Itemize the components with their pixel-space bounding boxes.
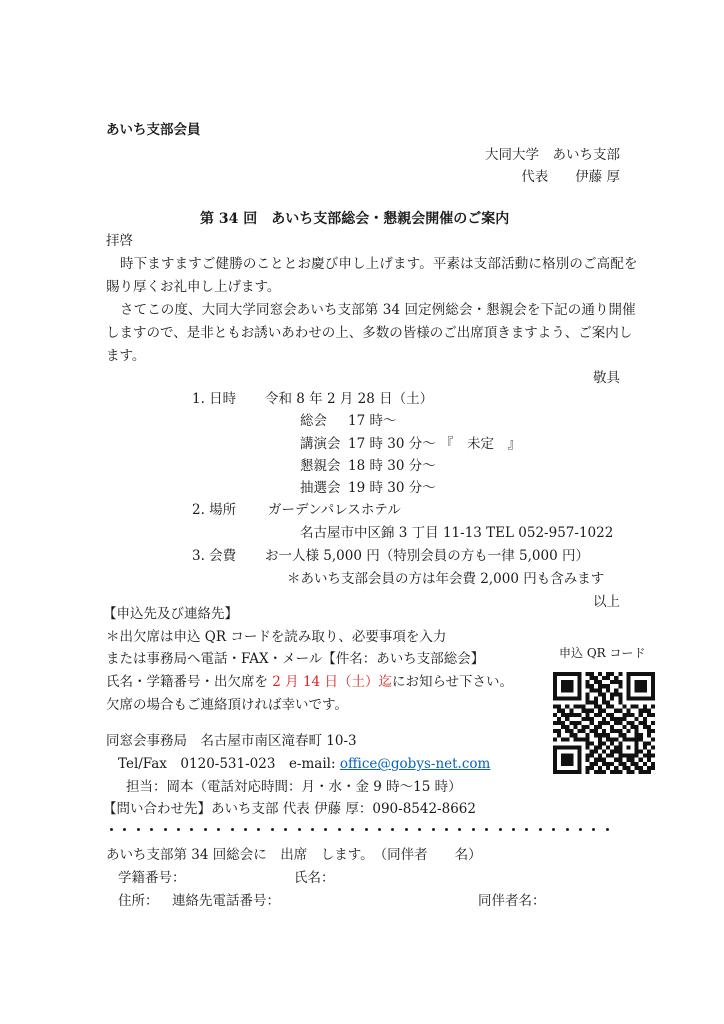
dot: [190, 828, 193, 831]
dot: [338, 828, 341, 831]
dot: [579, 828, 582, 831]
dot: [499, 828, 502, 831]
address-label: 住所：: [118, 895, 159, 909]
fee-label: 3. 会費: [192, 550, 236, 564]
venue-label: 2. 場所: [192, 504, 236, 518]
student-id-label: 学籍番号：: [118, 872, 186, 886]
attend-line: あいち支部第 34 回総会に 出席 します。 （同伴者 名）: [106, 849, 482, 863]
dot: [445, 828, 448, 831]
dot: [231, 828, 234, 831]
dot: [284, 828, 287, 831]
office-address: 同窓会事務局 名古屋市南区滝春町 10-3: [106, 735, 357, 749]
opening-greeting: 拝啓: [106, 235, 133, 249]
fee-note: ＊あいち支部会員の方は年会費 2,000 円も含みます: [287, 573, 604, 587]
contact-line-3: 氏名・学籍番号・出欠席を 2 月 14 日（土）迄にお知らせ下さい。: [106, 676, 513, 690]
dot: [324, 828, 327, 831]
body-paragraph-1-line-1: 時下ますますご健勝のこととお慶び申し上げます。平素は支部活動に格別のご高配を: [120, 258, 638, 272]
dot: [150, 828, 153, 831]
contact-line-1: ＊出欠席は申込 QR コードを読み取り、必要事項を入力: [106, 631, 446, 645]
dot: [204, 828, 207, 831]
companion-name-label: 同伴者名：: [478, 895, 546, 909]
dot: [123, 828, 126, 831]
dotted-cut-line: [106, 828, 616, 834]
dot: [164, 828, 167, 831]
fee-amount: お一人様 5,000 円（特別会員の方も一律 5,000 円）: [265, 550, 589, 564]
telfax-text: Tel/Fax 0120-531-023 e-mail:: [118, 756, 340, 772]
dot: [110, 828, 113, 831]
office-staff: 担当：岡本（電話対応時間：月・水・金 9 時～15 時）: [126, 781, 462, 795]
body-paragraph-2-line-1: さてこの度、大同大学同窓会あいち支部第 34 回定例総会・懇親会を下記の通り開催: [120, 304, 636, 318]
recipient: あいち支部会員: [106, 124, 201, 138]
body-paragraph-2-line-3: ます。: [106, 350, 145, 364]
contact-line-4: 欠席の場合もご連絡頂ければ幸いです。: [106, 699, 348, 713]
dot: [552, 828, 555, 831]
dot: [405, 828, 408, 831]
office-telfax: Tel/Fax 0120-531-023 e-mail: office@goby…: [118, 758, 490, 772]
dot: [177, 828, 180, 831]
dot: [432, 828, 435, 831]
deadline-date: 2 月 14 日（土）迄: [272, 674, 392, 690]
dot: [137, 828, 140, 831]
dot: [298, 828, 301, 831]
dot: [525, 828, 528, 831]
dot: [418, 828, 421, 831]
dot: [217, 828, 220, 831]
dot: [606, 828, 609, 831]
dot: [257, 828, 260, 831]
qr-label: 申込 QR コード: [559, 647, 646, 659]
dot: [271, 828, 274, 831]
contact-line-3-suffix: にお知らせ下さい。: [392, 674, 513, 690]
dot: [391, 828, 394, 831]
registration-qr-code[interactable]: [553, 672, 655, 774]
dot: [365, 828, 368, 831]
event-date: 令和 8 年 2 月 28 日（土）: [265, 393, 433, 407]
dot: [566, 828, 569, 831]
body-paragraph-2-line-2: しますので、是非ともお誘いあわせの上、多数の皆様のご出席頂きますよう、ご案内し: [106, 327, 632, 341]
body-paragraph-1-line-2: 賜り厚くお礼申し上げます。: [106, 281, 280, 295]
dot: [458, 828, 461, 831]
closing-greeting: 敬具: [593, 372, 620, 386]
page-title: 第 34 回 あいち支部総会・懇親会開催のご案内: [200, 212, 509, 226]
phone-label: 連絡先電話番号：: [172, 895, 280, 909]
venue-name: ガーデンパレスホテル: [268, 504, 401, 518]
contact-line-2: または事務局へ電話・FAX・メール【件名：あいち支部総会】: [106, 653, 484, 667]
contact-heading: 【申込先及び連絡先】: [103, 608, 238, 622]
inquiry-contact: 【問い合わせ先】あいち支部 代表 伊藤 厚：090-8542-8662: [103, 803, 476, 817]
dot: [378, 828, 381, 831]
dot: [512, 828, 515, 831]
dot: [244, 828, 247, 831]
sender-org: 大同大学 あいち支部: [485, 149, 620, 163]
dot: [539, 828, 542, 831]
schedule-item-time: 18 時 30 分～: [348, 460, 436, 474]
datetime-label: 1. 日時: [192, 393, 236, 407]
schedule-item-name: 懇親会: [300, 460, 341, 474]
schedule-item-note: 『 未定 』: [440, 438, 521, 452]
schedule-item-name: 総会: [300, 415, 327, 429]
schedule-item-time: 17 時～: [348, 415, 396, 429]
name-label: 氏名：: [294, 872, 335, 886]
dot: [311, 828, 314, 831]
venue-address: 名古屋市中区錦 3 丁目 11-13 TEL 052-957-1022: [300, 527, 613, 541]
schedule-item-time: 19 時 30 分～: [348, 482, 436, 496]
dot: [351, 828, 354, 831]
dot: [592, 828, 595, 831]
end-marker: 以上: [593, 596, 620, 610]
schedule-item-name: 講演会: [300, 438, 341, 452]
contact-line-3-prefix: 氏名・学籍番号・出欠席を: [106, 674, 272, 690]
schedule-item-name: 抽選会: [300, 482, 341, 496]
schedule-item-time: 17 時 30 分～: [348, 438, 436, 452]
sender-representative: 代表 伊藤 厚: [521, 171, 620, 185]
dot: [485, 828, 488, 831]
email-link[interactable]: office@gobys-net.com: [340, 756, 491, 772]
dot: [472, 828, 475, 831]
